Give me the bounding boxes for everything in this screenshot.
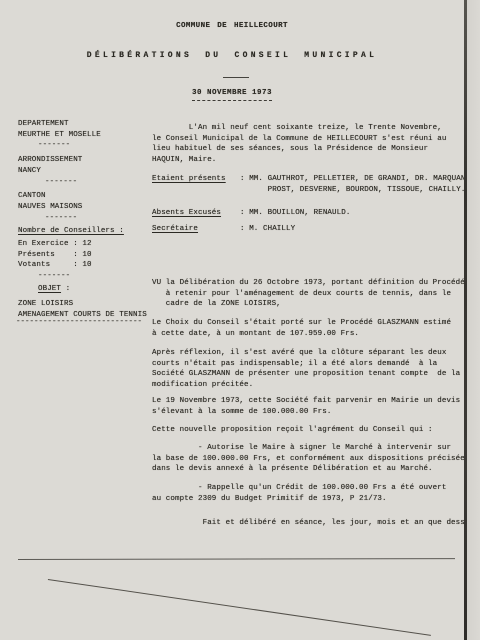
canton-label: CANTON <box>18 191 46 202</box>
paragraph-choix: Le Choix du Conseil s'était porté sur le… <box>152 318 451 339</box>
separator-2: ------- <box>45 177 77 188</box>
absents-label: Absents Excusés <box>152 208 240 219</box>
scan-edge-strip <box>466 0 480 640</box>
commune-heading: COMMUNE DE HEILLECOURT <box>0 21 464 32</box>
objet-colon: : <box>61 285 70 293</box>
objet-heading: OBJET : <box>38 284 70 295</box>
session-date-text: 30 NOVEMBRE 1973 <box>192 88 272 101</box>
paragraph-autorise: - Autorise le Maire à signer le Marché à… <box>152 443 469 475</box>
title-rule <box>223 77 249 78</box>
diagonal-scan-line <box>48 579 431 636</box>
presents-label: Etaient présents <box>152 174 240 195</box>
paragraph-apres-reflexion: Après réflexion, il s'est avéré que la c… <box>152 348 460 390</box>
arrondissement-value: NANCY <box>18 166 41 177</box>
attendance-row-absents: Absents Excusés: MM. BOUILLON, RENAULD. <box>152 208 350 219</box>
separator-1: ------- <box>38 140 70 151</box>
separator-3: ------- <box>45 213 77 224</box>
absents-value: : MM. BOUILLON, RENAULD. <box>240 208 350 219</box>
scan-edge-line <box>464 0 467 640</box>
paragraph-devis: Le 19 Novembre 1973, cette Société fait … <box>152 396 460 417</box>
closing-line: Fait et délibéré en séance, les jour, mo… <box>152 518 474 529</box>
presents-value: : MM. GAUTHROT, PELLETIER, DE GRANDI, DR… <box>240 174 475 195</box>
separator-4: ------- <box>38 271 70 282</box>
departement-value: MEURTHE ET MOSELLE <box>18 130 101 141</box>
attendance-row-presents: Etaient présents: MM. GAUTHROT, PELLETIE… <box>152 174 475 195</box>
departement-label: DEPARTEMENT <box>18 119 69 130</box>
canton-value: NAUVES MAISONS <box>18 202 82 213</box>
page-title: DÉLIBÉRATIONS DU CONSEIL MUNICIPAL <box>0 51 464 62</box>
secretaire-label: Secrétaire <box>152 224 240 235</box>
objet-separator: ---------------------------- <box>16 317 142 328</box>
attendance-row-secretaire: Secrétaire: M. CHAILLY <box>152 224 295 235</box>
paragraph-rappelle: - Rappelle qu'un Crédit de 100.000.00 Fr… <box>152 483 446 504</box>
scanned-document-page: COMMUNE DE HEILLECOURT DÉLIBÉRATIONS DU … <box>0 0 480 640</box>
paragraph-vu: VU la Délibération du 26 Octobre 1973, p… <box>152 278 465 310</box>
opening-paragraph: L'An mil neuf cent soixante treize, le T… <box>152 123 446 165</box>
arrondissement-label: ARRONDISSEMENT <box>18 155 82 166</box>
secretaire-value: : M. CHAILLY <box>240 224 295 235</box>
objet-label: OBJET <box>38 285 61 293</box>
conseillers-counts: En Exercice : 12 Présents : 10 Votants :… <box>18 239 92 271</box>
conseillers-heading: Nombre de Conseillers : <box>18 226 124 237</box>
session-date: 30 NOVEMBRE 1973 <box>0 88 464 101</box>
paragraph-agrement: Cette nouvelle proposition reçoit l'agré… <box>152 425 433 436</box>
bottom-rule <box>18 558 455 560</box>
